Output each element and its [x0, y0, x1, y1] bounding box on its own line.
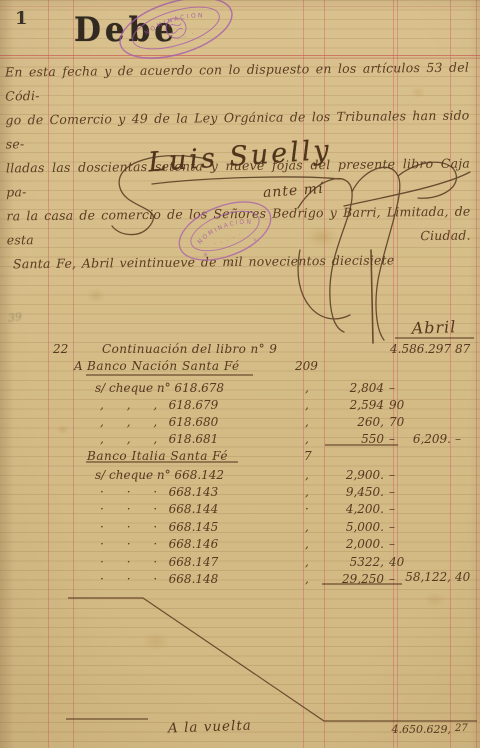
ledger-row: 22 Continuación del libro n° 9 4.586.297…	[0, 342, 480, 358]
certification-line: ra la casa de comercio de los Señores Be…	[6, 200, 470, 253]
ledger-row: · · · 668.146 , 2,000. –	[0, 537, 480, 553]
folio-number: 7	[304, 449, 312, 463]
ditto-mark: ,	[305, 398, 309, 412]
amount-cents: –	[389, 537, 407, 551]
entry-description: s/ cheque n° 618.678	[95, 381, 224, 395]
entry-description: · · · 668.144	[100, 502, 218, 516]
ledger-row: · · · 668.144 · 4,200. –	[0, 502, 480, 518]
amount-pesos: 5,000.	[320, 520, 384, 534]
page-total-pesos: 4.650.629,	[388, 723, 451, 736]
entry-description: , , , 618.679	[100, 398, 218, 412]
amount-pesos: 29,250	[320, 572, 384, 586]
entry-day: 22	[53, 342, 68, 356]
entry-description: · · · 668.147	[100, 555, 218, 569]
ledger-row: A Banco Nación Santa Fé 209	[0, 359, 480, 375]
ledger-row: · · · 668.145 , 5,000. –	[0, 520, 480, 536]
ledger-row: · · · 668.148 , 29,250 – 58,122, 40	[0, 572, 480, 588]
entry-description: Continuación del libro n° 9	[102, 342, 277, 356]
ledger-row: Banco Italia Santa Fé 7	[0, 449, 480, 465]
amount-pesos: 550	[320, 432, 384, 446]
entry-description: · · · 668.146	[100, 537, 218, 551]
amount-cents: 40	[389, 555, 407, 569]
entry-description: s/ cheque n° 668.142	[95, 468, 224, 482]
monthly-amount-pesos: 4.586.297	[390, 342, 451, 356]
ledger-row: s/ cheque n° 618.678 , 2,804 –	[0, 381, 480, 397]
amount-pesos: 9,450.	[320, 485, 384, 499]
monthly-amount-cents: 87	[455, 342, 475, 356]
amount-cents: –	[389, 485, 407, 499]
ditto-mark: ,	[305, 485, 309, 499]
page-number: 1	[15, 8, 29, 29]
amount-pesos: 2,594	[320, 398, 384, 412]
amount-pesos: 2,804	[320, 381, 384, 395]
subtotal-cents: 40	[455, 570, 475, 584]
entry-description: , , , 618.680	[100, 415, 218, 429]
entry-prefix: A	[74, 359, 83, 373]
certification-line: En esta fecha y de acuerdo con lo dispue…	[5, 56, 469, 109]
ledger-row: · · · 668.147 , 5322, 40	[0, 555, 480, 571]
ditto-mark: ,	[305, 555, 309, 569]
pencil-annotation: 39	[7, 310, 23, 325]
amount-cents: –	[389, 502, 407, 516]
ditto-mark: ,	[305, 381, 309, 395]
ditto-mark: ,	[305, 468, 309, 482]
amount-pesos: 2,000.	[320, 537, 384, 551]
amount-cents: –	[389, 520, 407, 534]
paper-stain	[86, 288, 106, 303]
ledger-row: , , , 618.680 , 260, 70	[0, 415, 480, 431]
page-total-cents: 27	[455, 723, 468, 734]
carry-forward-label: A la vuelta	[168, 718, 252, 737]
certification-date-line: Santa Fe, Abril veintinueve de mil novec…	[7, 248, 433, 276]
ledger-row: s/ cheque n° 668.142 , 2,900. –	[0, 468, 480, 484]
subtotal-pesos: 6,209.	[390, 432, 451, 446]
paper-stain	[424, 592, 446, 608]
subtotal-cents: –	[455, 432, 475, 446]
closing-line	[68, 598, 477, 721]
amount-cents: –	[389, 381, 407, 395]
paper-stain	[142, 632, 170, 651]
amount-cents: 70	[389, 415, 407, 429]
month-header: Abril	[394, 317, 475, 339]
ditto-mark: ,	[305, 432, 309, 446]
amount-cents: –	[389, 468, 407, 482]
ledger-page: 1 Debe En esta fecha y de acuerdo con lo…	[0, 0, 480, 748]
amount-pesos: 5322,	[320, 555, 384, 569]
ledger-row: , , , 618.681 , 550 – 6,209. –	[0, 432, 480, 448]
entry-description: · · · 668.143	[100, 485, 218, 499]
entry-description: · · · 668.148	[100, 572, 218, 586]
ledger-row: · · · 668.143 , 9,450. –	[0, 485, 480, 501]
entry-description: , , , 618.681	[100, 432, 218, 446]
account-title: Banco Nación Santa Fé	[87, 359, 240, 373]
entry-description: · · · 668.145	[100, 520, 218, 534]
ditto-mark: ,	[305, 520, 309, 534]
subtotal-pesos: 58,122,	[390, 570, 451, 584]
ditto-mark: ,	[305, 415, 309, 429]
amount-pesos: 2,900.	[320, 468, 384, 482]
header-rule	[0, 6, 480, 7]
folio-number: 209	[295, 359, 318, 373]
amount-pesos: 4,200.	[320, 502, 384, 516]
ditto-mark: ,	[305, 572, 309, 586]
ditto-mark: ·	[305, 502, 309, 516]
account-title: Banco Italia Santa Fé	[87, 449, 228, 463]
amount-pesos: 260,	[320, 415, 384, 429]
page-title-debe: Debe	[74, 11, 178, 50]
amount-cents: 90	[389, 398, 407, 412]
ditto-mark: ,	[305, 537, 309, 551]
ledger-row: , , , 618.679 , 2,594 90	[0, 398, 480, 414]
